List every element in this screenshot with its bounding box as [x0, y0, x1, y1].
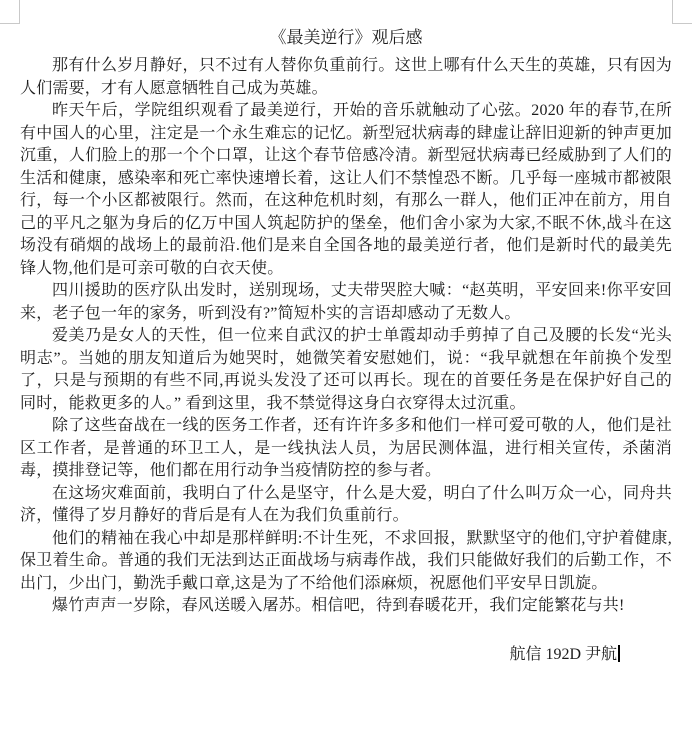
- margin-crop-mark-top-left: [0, 0, 20, 24]
- paragraph-2[interactable]: 昨天午后，学院组织观看了最美逆行，开始的音乐就触动了心弦。2020 年的春节,在…: [20, 100, 672, 280]
- paragraph-8[interactable]: 爆竹声声一岁除，春风送暖入屠苏。相信吧，待到春暖花开，我们定能繁花与共!: [20, 595, 672, 618]
- paragraph-3[interactable]: 四川援助的医疗队出发时，送别现场，丈夫带哭腔大喊：“赵英明，平安回来!你平安回来…: [20, 280, 672, 325]
- signature-line[interactable]: 航信 192D 尹航: [20, 644, 672, 667]
- paragraph-6[interactable]: 在这场灾难面前，我明白了什么是坚守，什么是大爱，明白了什么叫万众一心，同舟共济，…: [20, 483, 672, 528]
- signature-text: 航信 192D 尹航: [509, 646, 617, 663]
- text-cursor: [618, 645, 620, 662]
- document-page: 《最美逆行》观后感 那有什么岁月静好，只不过有人替你负重前行。这世上哪有什么天生…: [0, 0, 692, 738]
- paragraph-1[interactable]: 那有什么岁月静好，只不过有人替你负重前行。这世上哪有什么天生的英雄，只有因为人们…: [20, 55, 672, 100]
- margin-crop-mark-top-right: [672, 0, 692, 24]
- document-text-area[interactable]: 《最美逆行》观后感 那有什么岁月静好，只不过有人替你负重前行。这世上哪有什么天生…: [20, 26, 672, 666]
- paragraph-4[interactable]: 爱美乃是女人的天性，但一位来自武汉的护士单霞却动手剪掉了自己及腰的长发“光头明志…: [20, 325, 672, 415]
- document-title: 《最美逆行》观后感: [20, 26, 672, 49]
- paragraph-7[interactable]: 他们的精袖在我心中却是那样鲜明:不计生死，不求回报，默默坚守的他们,守护着健康,…: [20, 528, 672, 596]
- paragraph-5[interactable]: 除了这些奋战在一线的医务工作者，还有许许多多和他们一样可爱可敬的人，他们是社区工…: [20, 415, 672, 483]
